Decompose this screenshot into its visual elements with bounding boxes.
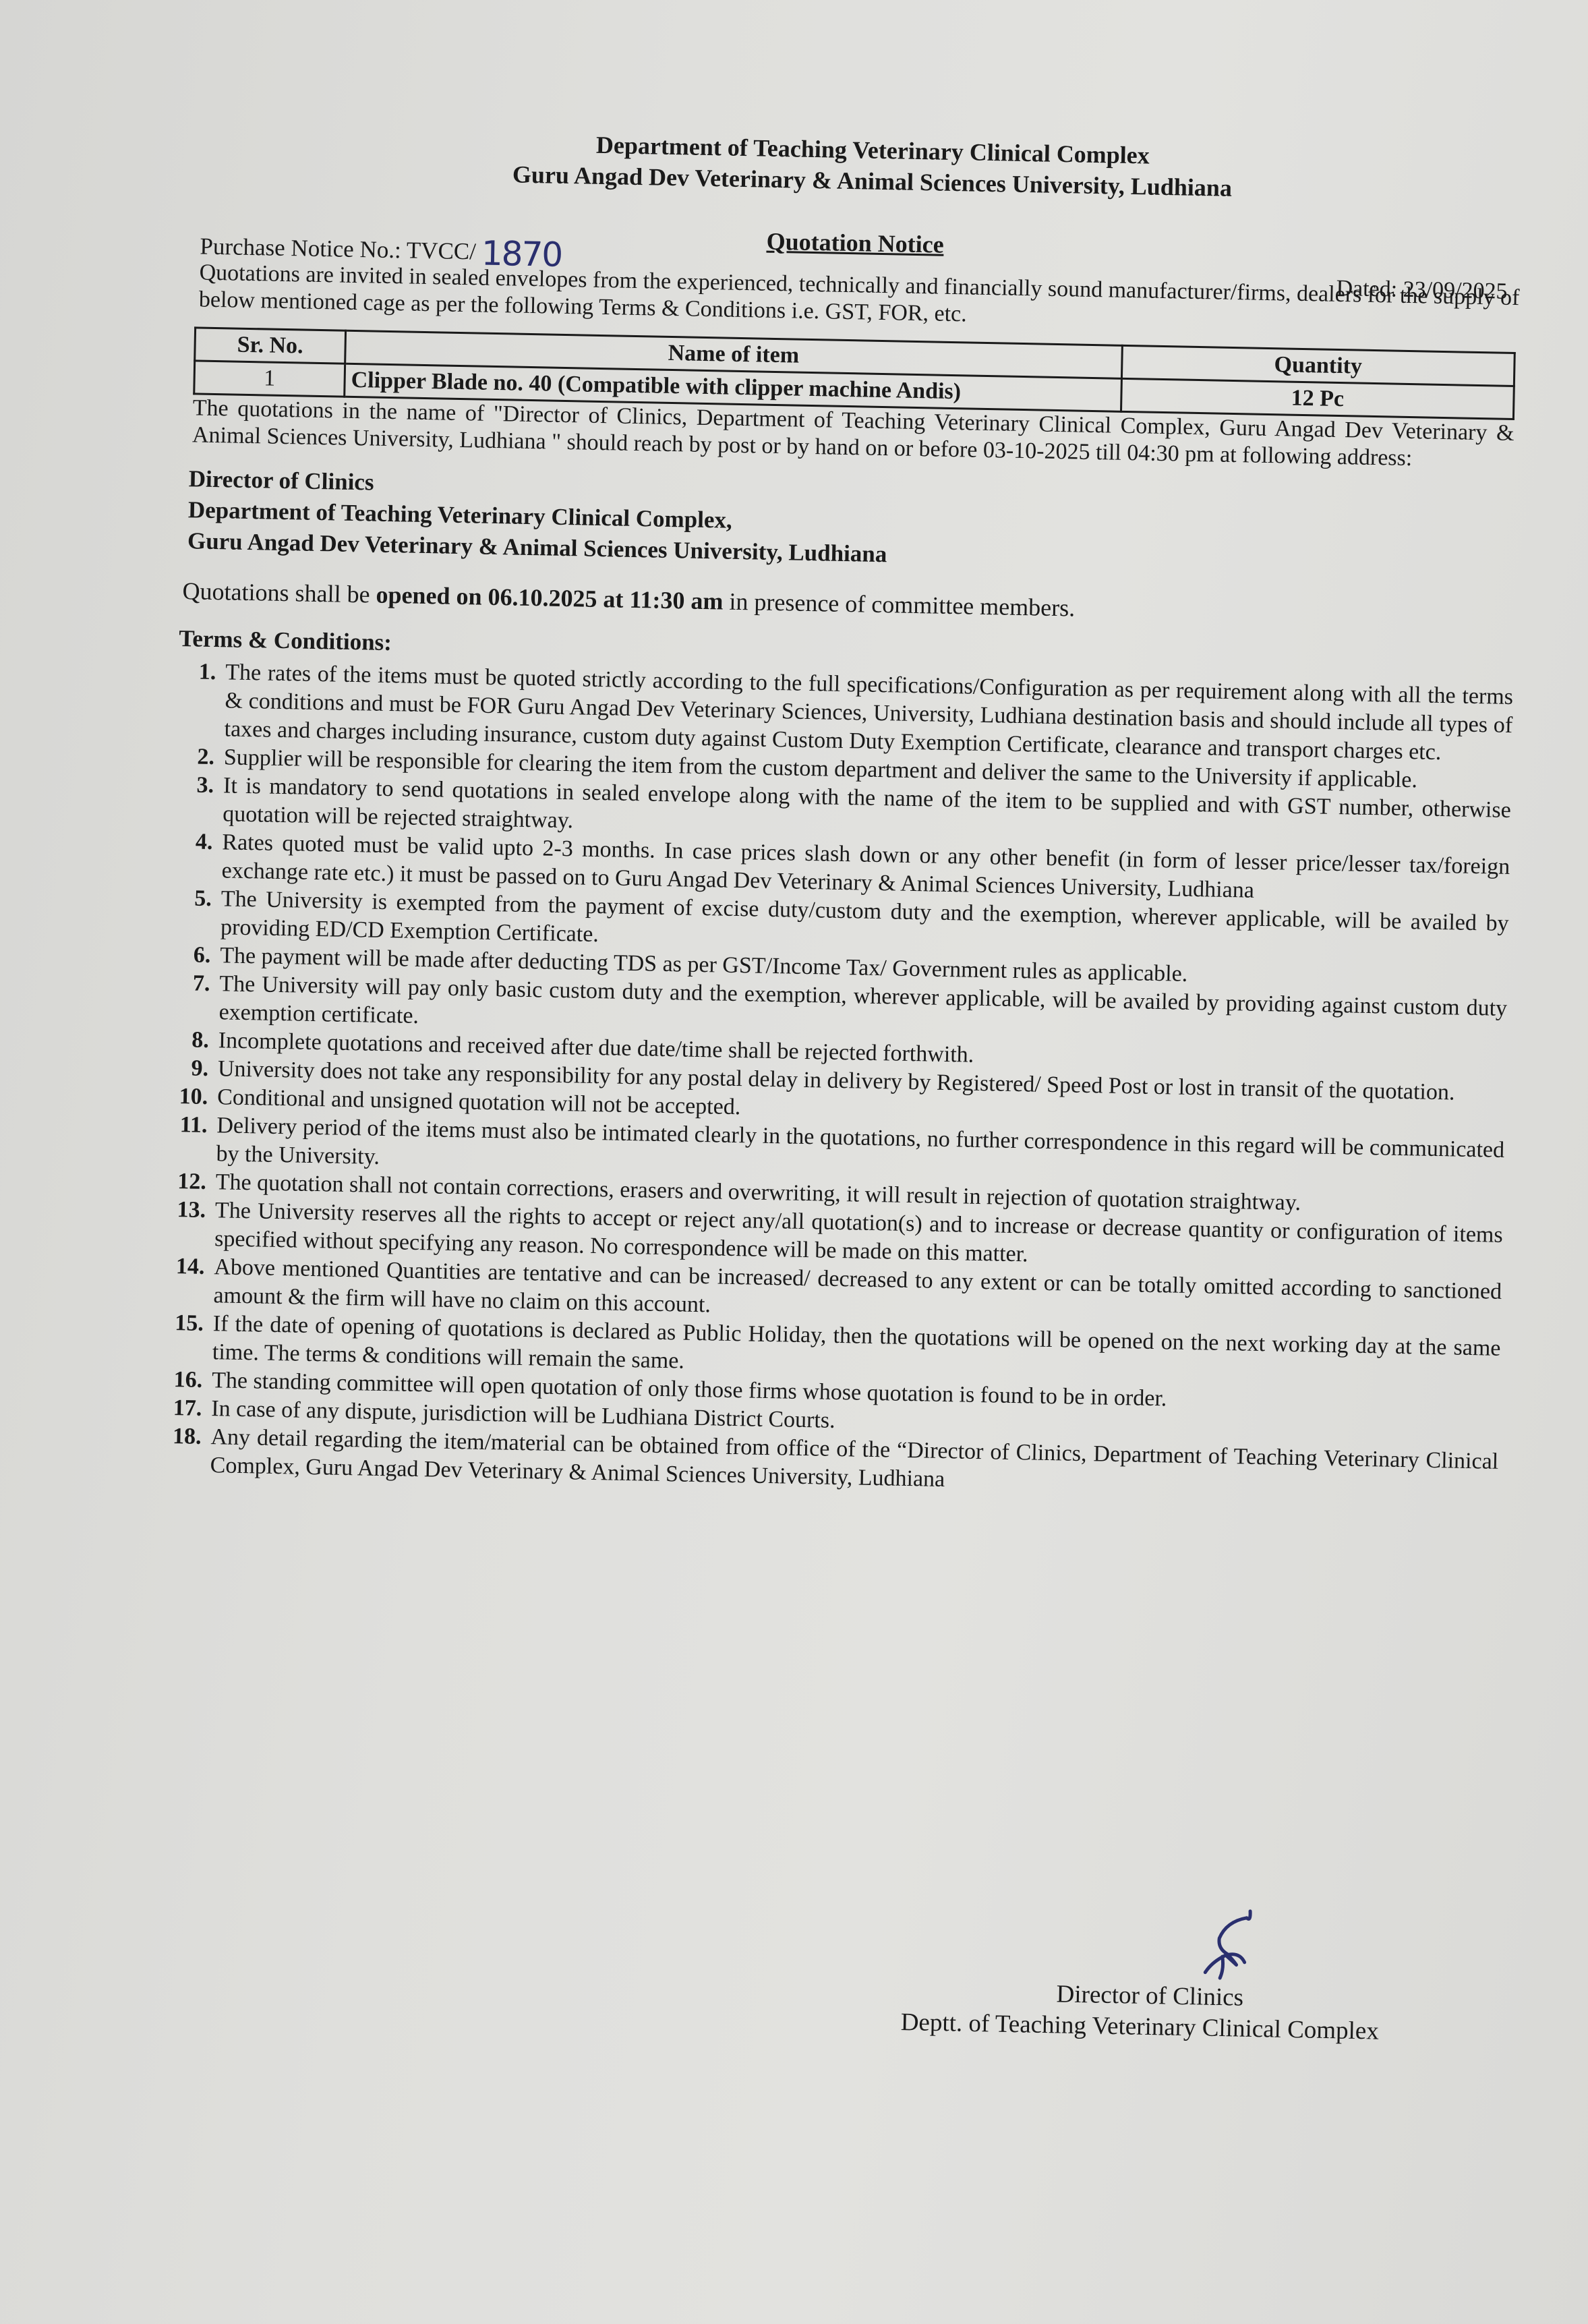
term-number: 13. [161,1196,206,1225]
term-number: 11. [163,1111,208,1140]
term-number: 7. [165,969,210,998]
terms-list: 1.The rates of the items must be quoted … [156,658,1513,1505]
document-photo: Department of Teaching Veterinary Clinic… [0,0,1588,2324]
cell-quantity: 12 Pc [1121,378,1514,419]
term-number: 17. [157,1394,202,1423]
quotation-notice-sheet: Department of Teaching Veterinary Clinic… [156,121,1523,1505]
term-number: 8. [164,1026,209,1055]
term-number: 1. [171,658,216,687]
signature-block: Director of Clinics Deptt. of Teaching V… [900,1875,1510,2050]
handwritten-signature-icon [1185,1907,1260,1989]
term-number: 4. [168,827,213,856]
term-number: 15. [158,1309,204,1338]
notice-date: Dated: 23/09/2025 [1336,276,1508,305]
letterhead: Department of Teaching Veterinary Clinic… [221,122,1523,209]
term-number: 9. [164,1054,209,1083]
opening-date-time: opened on 06.10.2025 at 11:30 am [376,581,724,615]
header-sr-no: Sr. No. [195,328,346,364]
term-number: 18. [156,1422,202,1451]
submission-address: Director of Clinics Department of Teachi… [187,463,1517,582]
term-number: 2. [170,743,215,772]
handwritten-notice-number: 1870 [481,234,562,274]
term-number: 12. [161,1167,206,1196]
term-number: 14. [160,1252,205,1281]
notice-title: Quotation Notice [766,227,944,259]
cell-sr-no: 1 [194,361,345,397]
signature-area [902,1875,1510,1987]
term-number: 6. [166,941,211,970]
opening-suffix: in presence of committee members. [723,588,1075,622]
term-number: 16. [158,1366,203,1395]
term-number: 5. [167,884,212,913]
term-number: 10. [163,1082,208,1111]
notice-number-label: Purchase Notice No.: TVCC/ [200,233,476,265]
opening-statement: Quotations shall be opened on 06.10.2025… [182,577,1515,631]
term-number: 3. [169,771,214,800]
opening-prefix: Quotations shall be [182,577,376,608]
purchase-notice-number: Purchase Notice No.: TVCC/1870 [200,223,562,269]
